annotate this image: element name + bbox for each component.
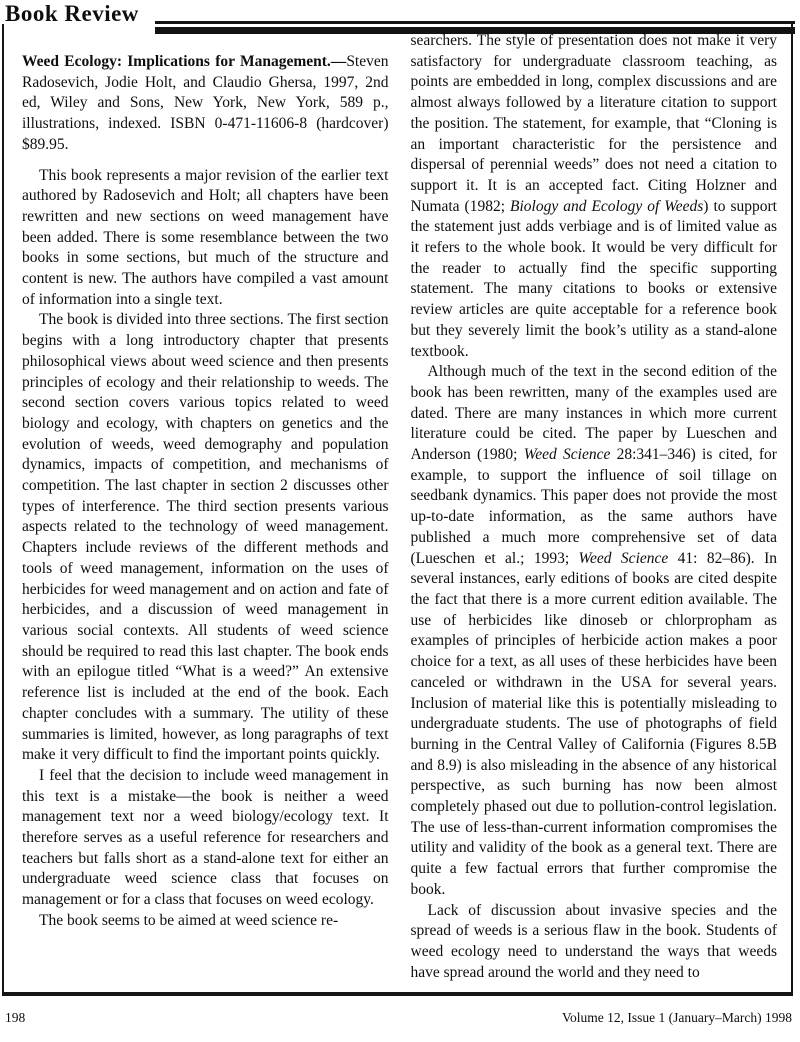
page-footer: 198 Volume 12, Issue 1 (January–March) 1… — [5, 1010, 792, 1026]
text-segment: I feel that the decision to include weed… — [22, 767, 389, 908]
text-segment: ) to support the statement just adds ver… — [411, 198, 778, 360]
text-segment: Lack of discussion about invasive specie… — [411, 902, 778, 981]
review-content-box: Weed Ecology: Implications for Managemen… — [2, 24, 793, 996]
paragraph: I feel that the decision to include weed… — [22, 766, 389, 911]
paragraph: Lack of discussion about invasive specie… — [411, 901, 778, 984]
paragraph: Although much of the text in the second … — [411, 362, 778, 900]
page-number: 198 — [5, 1010, 25, 1026]
text-segment: 28:341–346) is cited, for example, to su… — [411, 446, 778, 567]
left-text-column: Weed Ecology: Implications for Managemen… — [22, 24, 389, 992]
text-segment: searchers. The style of presentation doe… — [411, 32, 778, 215]
paragraph: searchers. The style of presentation doe… — [411, 31, 778, 362]
paragraph: This book represents a major revision of… — [22, 166, 389, 311]
paragraph: The book is divided into three sections.… — [22, 310, 389, 765]
paragraph: Weed Ecology: Implications for Managemen… — [22, 52, 389, 156]
right-text-column: searchers. The style of presentation doe… — [411, 24, 778, 992]
journal-page: Book Review Weed Ecology: Implications f… — [0, 0, 800, 1042]
text-segment: This book represents a major revision of… — [22, 167, 389, 308]
text-segment: Weed Ecology: Implications for Managemen… — [22, 53, 346, 70]
text-segment: Weed Science — [524, 446, 611, 463]
issue-info: Volume 12, Issue 1 (January–March) 1998 — [562, 1010, 792, 1026]
paragraph: The book seems to be aimed at weed scien… — [22, 911, 389, 932]
text-segment: The book seems to be aimed at weed scien… — [39, 912, 338, 929]
text-segment: Biology and Ecology of Weeds — [510, 198, 703, 215]
text-segment: 41: 82–86). In several instances, early … — [411, 550, 778, 898]
text-segment: Weed Science — [579, 550, 669, 567]
text-segment: The book is divided into three sections.… — [22, 311, 389, 763]
